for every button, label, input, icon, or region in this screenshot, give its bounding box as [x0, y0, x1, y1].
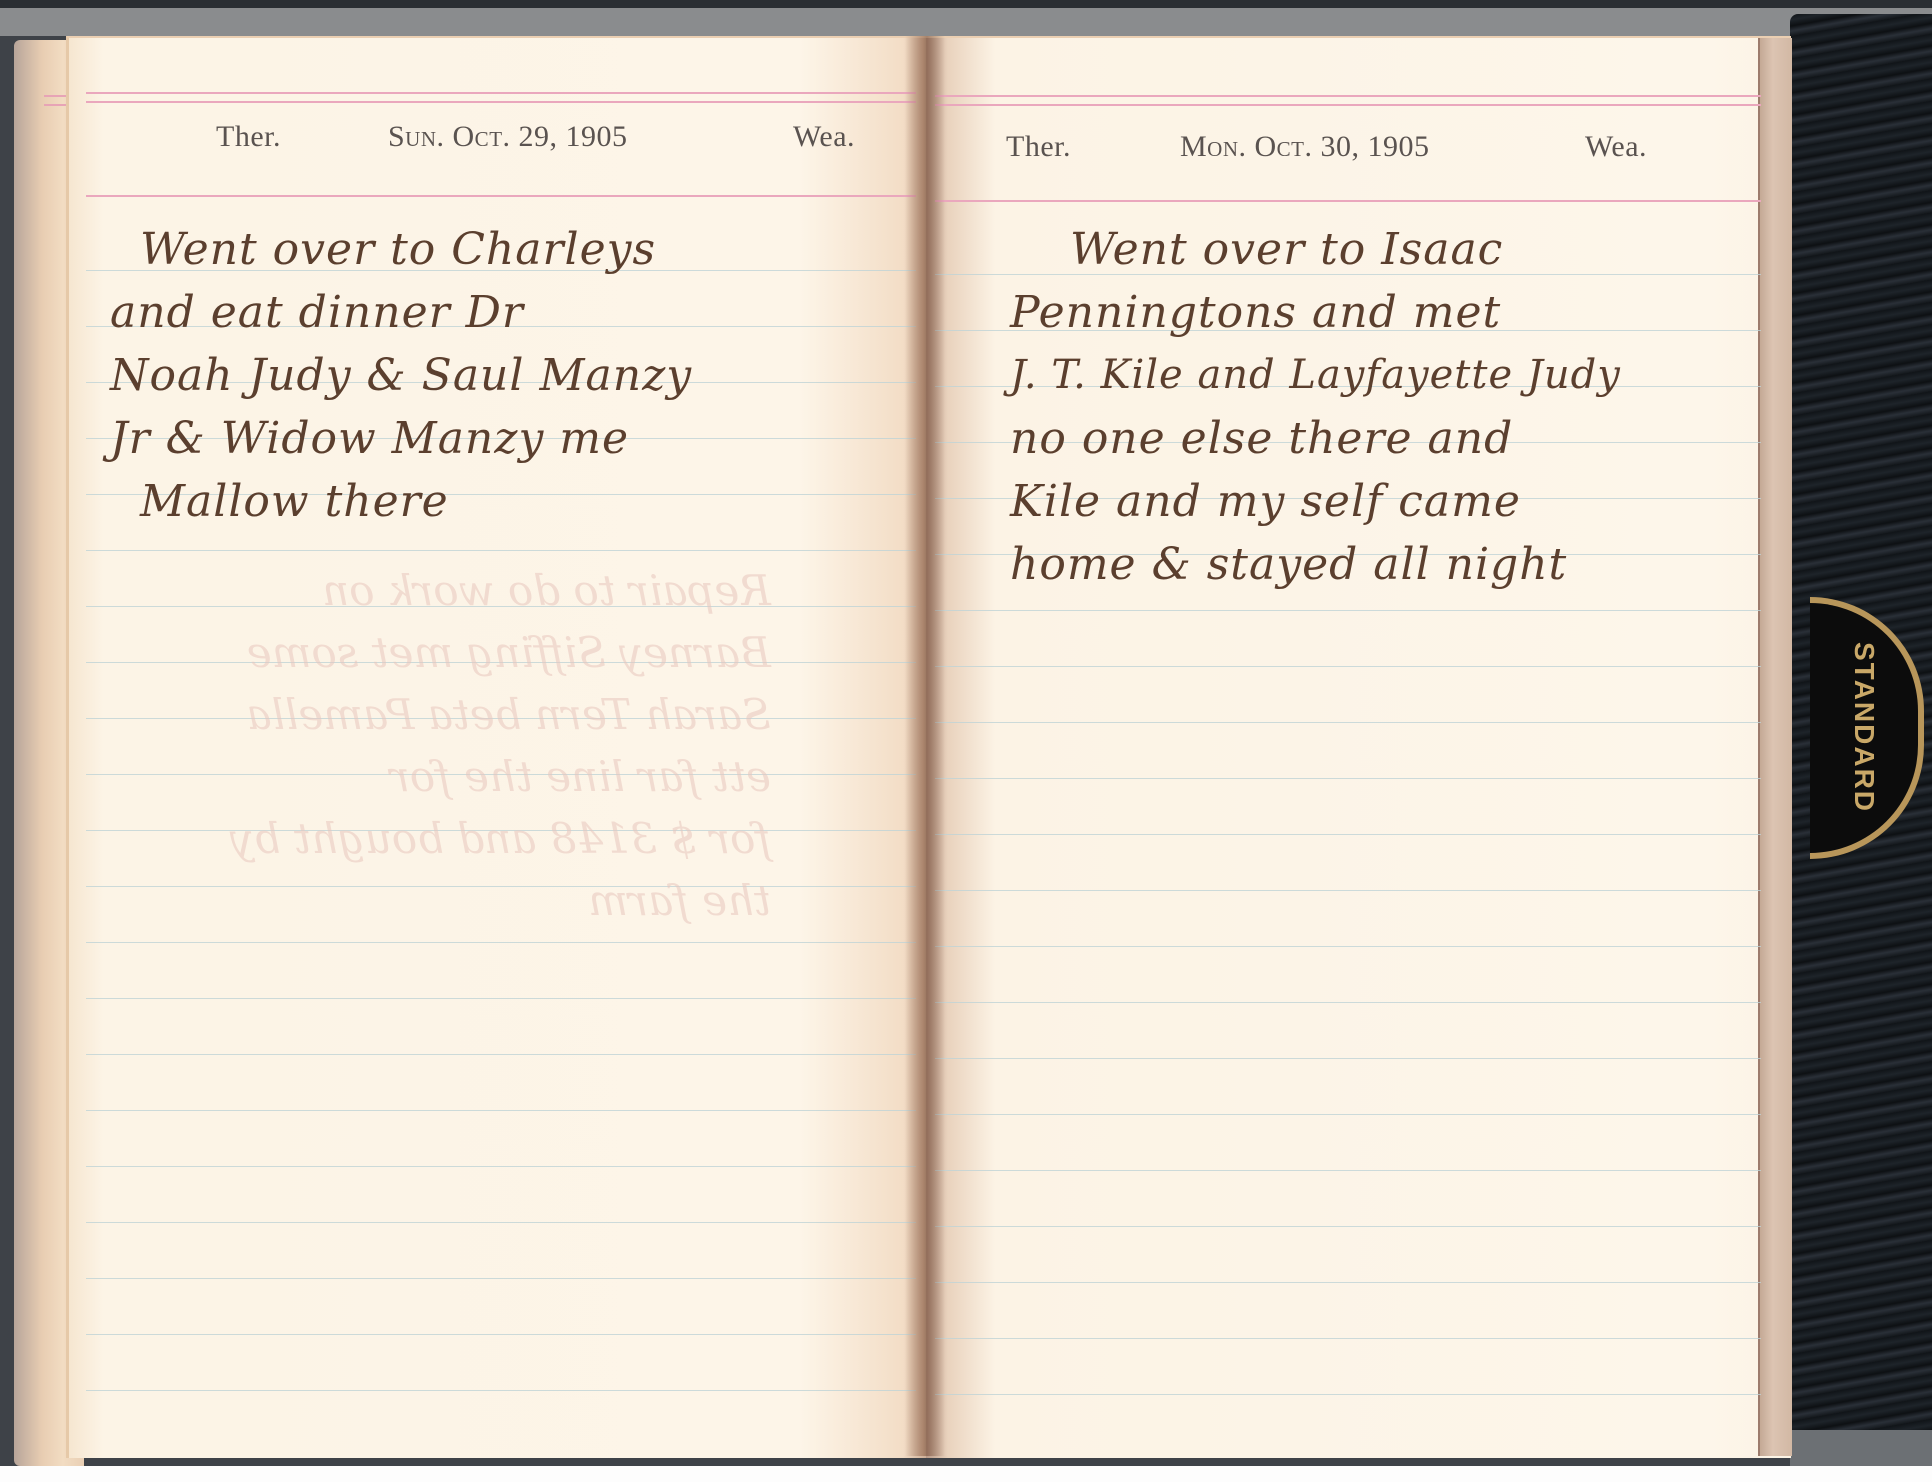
blue-rule — [935, 1170, 1761, 1171]
blue-rule — [935, 610, 1761, 611]
blue-rule — [935, 1394, 1761, 1395]
background-top — [0, 0, 1932, 8]
entry-line: Jr & Widow Manzy me — [110, 407, 692, 470]
background-bottom — [0, 1466, 1932, 1482]
right-page-date: Mon. Oct. 30, 1905 — [1180, 130, 1430, 164]
background-surface — [0, 8, 1932, 36]
entry-line: no one else there and — [1010, 407, 1621, 470]
blue-rule — [86, 1334, 916, 1335]
blue-rule — [86, 1110, 916, 1111]
blue-rule — [935, 1282, 1761, 1283]
entry-line: Went over to Isaac — [1010, 218, 1621, 281]
blue-rule — [86, 1054, 916, 1055]
pink-rule — [935, 200, 1761, 202]
entry-line: Went over to Charleys — [110, 218, 692, 281]
blue-rule — [935, 1058, 1761, 1059]
blue-rule — [86, 1166, 916, 1167]
blue-rule — [935, 722, 1761, 723]
pink-rule — [86, 92, 916, 94]
blue-rule — [935, 1226, 1761, 1227]
pink-rule — [86, 101, 916, 103]
blue-rule — [86, 942, 916, 943]
entry-line: J. T. Kile and Layfayette Judy — [1010, 344, 1621, 407]
blue-rule — [935, 1114, 1761, 1115]
blue-rule — [935, 946, 1761, 947]
left-page-date: Sun. Oct. 29, 1905 — [388, 120, 628, 154]
blue-rule — [935, 778, 1761, 779]
entry-line: home & stayed all night — [1010, 533, 1621, 596]
pink-rule — [86, 195, 916, 197]
left-entry-text: Went over to Charleys and eat dinner Dr … — [110, 218, 692, 533]
blue-rule — [86, 550, 916, 551]
blue-rule — [935, 666, 1761, 667]
right-entry-text: Went over to Isaac Penningtons and met J… — [1010, 218, 1621, 596]
blue-rule — [86, 998, 916, 999]
pink-rule — [935, 95, 1761, 97]
blue-rule — [86, 1222, 916, 1223]
left-ther-label: Ther. — [216, 120, 281, 154]
cover-emblem-text: STANDARD — [1848, 642, 1880, 813]
cover-edge — [1790, 1430, 1932, 1466]
blue-rule — [935, 834, 1761, 835]
pink-rule — [935, 104, 1761, 106]
entry-line: Mallow there — [110, 470, 692, 533]
blue-rule — [935, 1002, 1761, 1003]
entry-line: and eat dinner Dr — [110, 281, 692, 344]
left-wea-label: Wea. — [793, 120, 855, 154]
blue-rule — [935, 890, 1761, 891]
right-page-edge — [1758, 38, 1792, 1456]
book-gutter — [905, 36, 945, 1456]
bleed-through-text: Repair to do work onBarney Siffing met s… — [230, 560, 771, 932]
entry-line: Kile and my self came — [1010, 470, 1621, 533]
right-ther-label: Ther. — [1006, 130, 1071, 164]
blue-rule — [935, 1338, 1761, 1339]
entry-line: Penningtons and met — [1010, 281, 1621, 344]
entry-line: Noah Judy & Saul Manzy — [110, 344, 692, 407]
blue-rule — [86, 1390, 916, 1391]
blue-rule — [86, 1278, 916, 1279]
right-wea-label: Wea. — [1585, 130, 1647, 164]
